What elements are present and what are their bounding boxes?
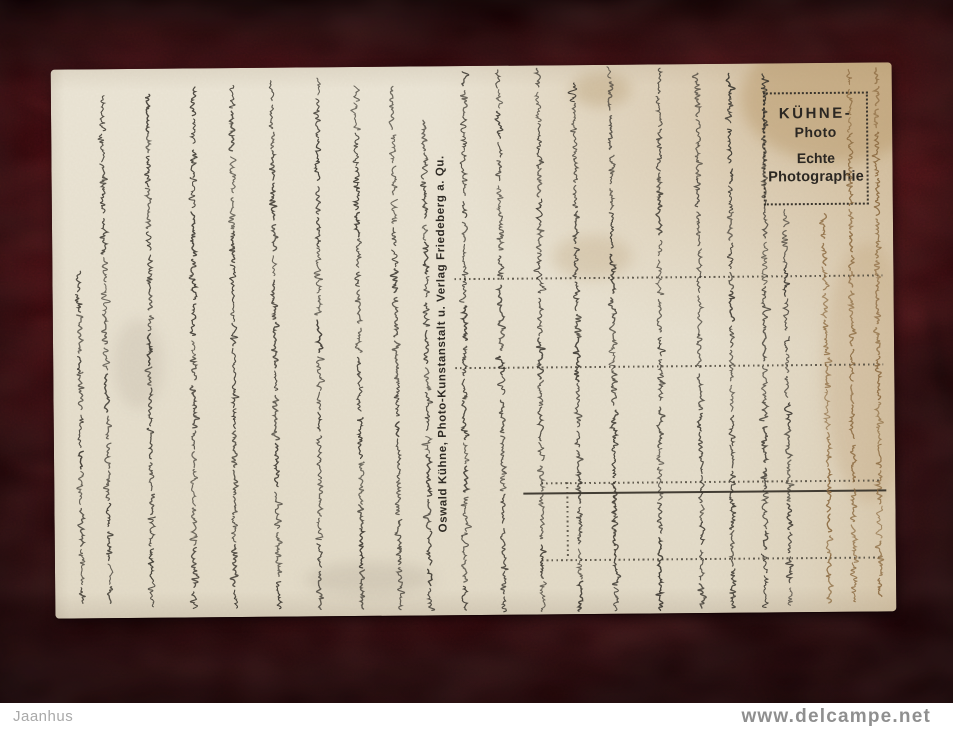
postcard-back: KÜHNE- Photo Echte Photographie Oswald K… [51, 62, 897, 618]
watermark-strip: Jaanhus www.delcampe.net [0, 703, 953, 730]
handwriting-layer [51, 62, 897, 618]
photo-scene: KÜHNE- Photo Echte Photographie Oswald K… [0, 0, 953, 730]
seller-watermark: Jaanhus [13, 708, 73, 725]
delcampe-watermark: www.delcampe.net [741, 706, 931, 728]
